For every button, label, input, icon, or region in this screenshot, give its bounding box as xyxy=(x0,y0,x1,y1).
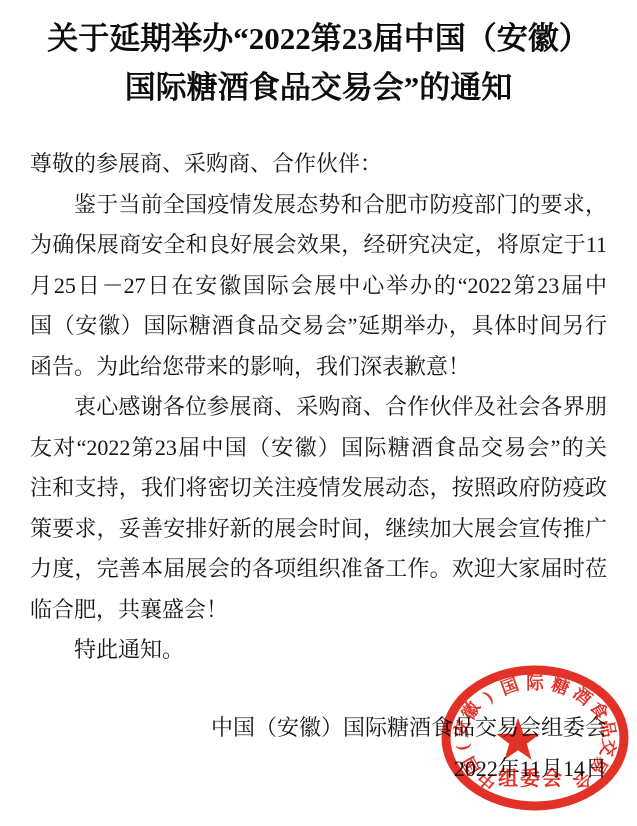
svg-text:际: 际 xyxy=(526,673,544,693)
notice-title: 关于延期举办“2022第23届中国（安徽） 国际糖酒食品交易会”的通知 xyxy=(0,0,637,112)
signature-block: 中国（安徽）国际糖酒食品交易会组委会 2022年11月14日 xyxy=(30,707,607,789)
body-line: 衷心感谢各位参展商、采购商、合作伙伴及社会各界朋 xyxy=(30,387,607,428)
notice-title-line2: 国际糖酒食品交易会”的通知 xyxy=(0,63,637,112)
signature-line: 中国（安徽）国际糖酒食品交易会组委会 xyxy=(30,707,607,748)
body-line: 友对“2022第23届中国（安徽）国际糖酒食品交易会”的关 xyxy=(30,428,607,469)
body-line: 力度，完善本届展会的各项组织准备工作。欢迎大家届时莅 xyxy=(30,549,607,590)
notice-document: 关于延期举办“2022第23届中国（安徽） 国际糖酒食品交易会”的通知 尊敬的参… xyxy=(0,0,637,826)
closing-line: 特此通知。 xyxy=(30,630,607,671)
svg-text:国: 国 xyxy=(498,674,521,699)
svg-text:): ) xyxy=(479,686,496,705)
notice-body: 尊敬的参展商、采购商、合作伙伴： 鉴于当前全国疫情发展态势和合肥市防疫部门的要求… xyxy=(30,144,607,671)
notice-title-line1: 关于延期举办“2022第23届中国（安徽） xyxy=(0,14,637,63)
body-line: 函告。为此给您带来的影响，我们深表歉意！ xyxy=(30,347,607,388)
body-line: 月25日－27日在安徽国际会展中心举办的“2022第23届中 xyxy=(30,266,607,307)
date-line: 2022年11月14日 xyxy=(30,748,607,789)
body-line: 策要求，妥善安排好新的展会时间，继续加大展会宣传推广 xyxy=(30,509,607,550)
body-line: 为确保展商安全和良好展会效果，经研究决定，将原定于11 xyxy=(30,225,607,266)
salutation-line: 尊敬的参展商、采购商、合作伙伴： xyxy=(30,144,607,185)
body-line: 临合肥，共襄盛会！ xyxy=(30,590,607,631)
body-line: 鉴于当前全国疫情发展态势和合肥市防疫部门的要求， xyxy=(30,185,607,226)
svg-text:糖: 糖 xyxy=(549,674,573,699)
body-line: 国（安徽）国际糖酒食品交易会”延期举办，具体时间另行 xyxy=(30,306,607,347)
svg-text:酒: 酒 xyxy=(569,683,596,710)
body-line: 注和支持，我们将密切关注疫情发展动态，按照政府防疫政 xyxy=(30,468,607,509)
